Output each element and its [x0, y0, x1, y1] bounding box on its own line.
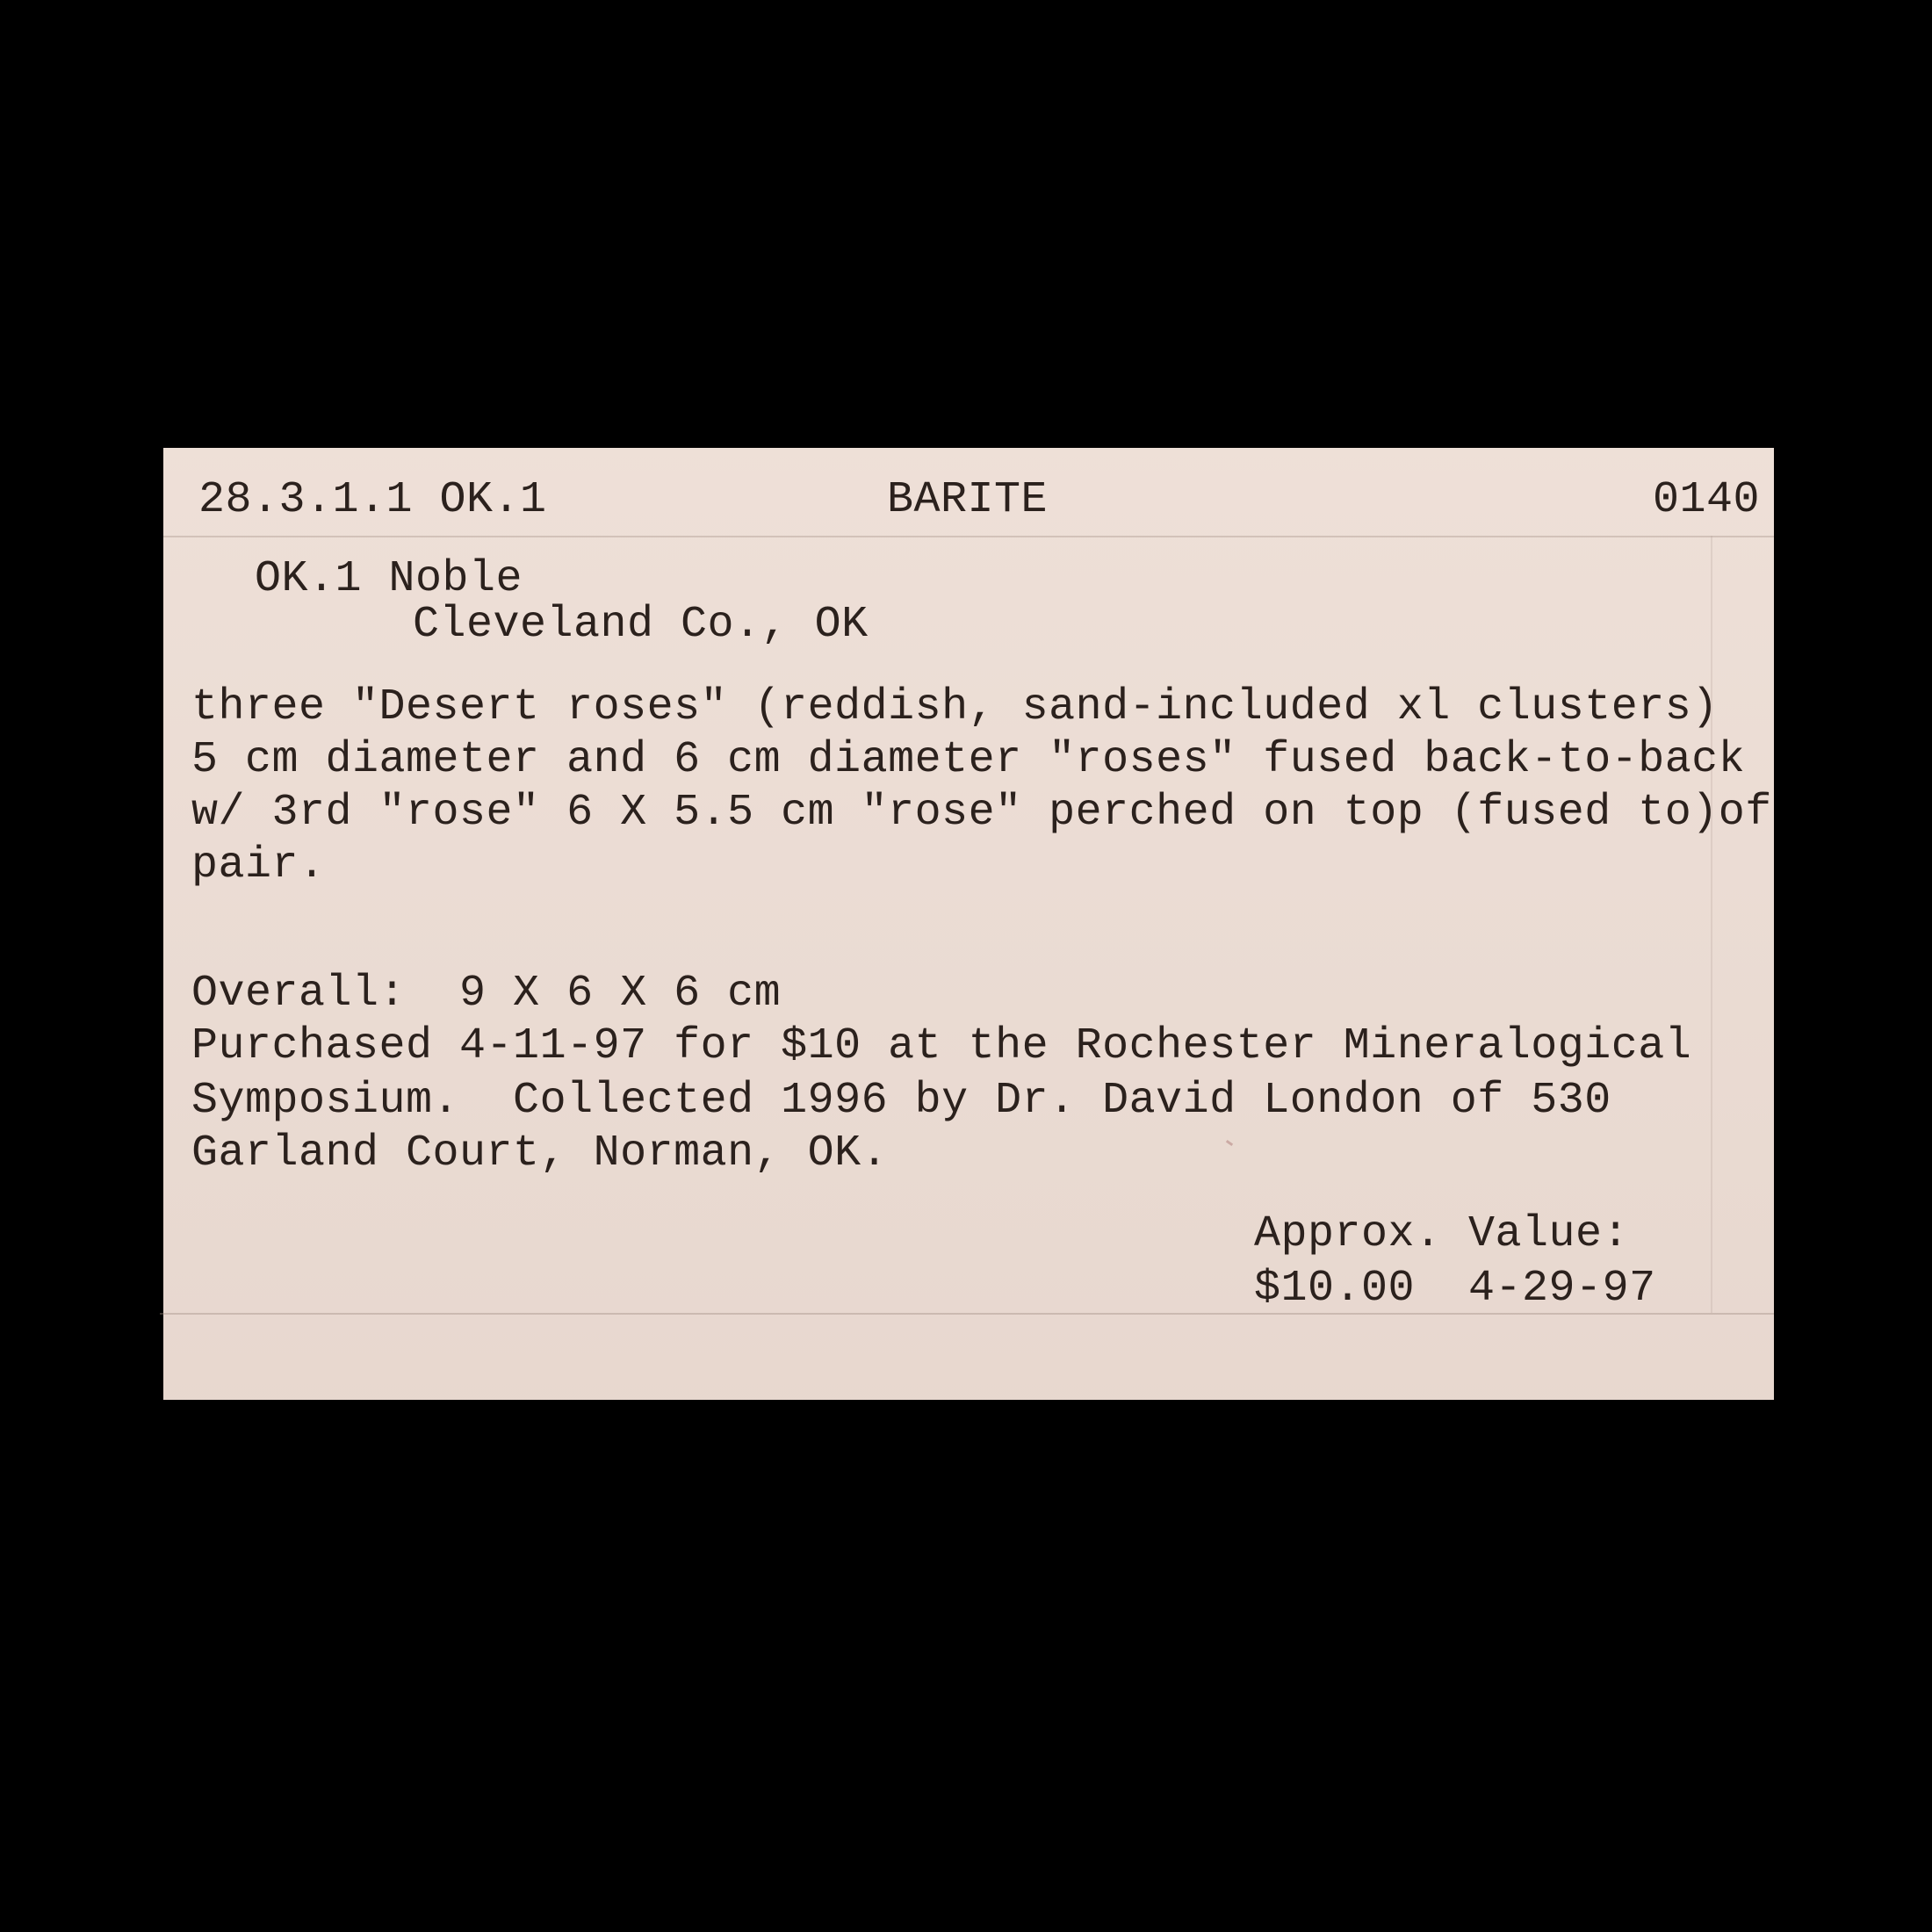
description-line: three "Desert roses" (reddish, sand-incl… — [191, 681, 1719, 734]
tape-edge — [1711, 536, 1712, 1313]
description-line: w/ 3rd "rose" 6 X 5.5 cm "rose" perched … — [191, 787, 1772, 840]
specimen-id: 0140 — [1653, 474, 1760, 527]
description-line: 5 cm diameter and 6 cm diameter "roses" … — [191, 734, 1745, 787]
approx-value-amount-date: $10.00 4-29-97 — [1254, 1263, 1656, 1316]
catalog-number: 28.3.1.1 OK.1 — [198, 474, 547, 527]
provenance-line: Purchased 4-11-97 for $10 at the Rochest… — [191, 1020, 1691, 1073]
approx-value-label: Approx. Value: — [1254, 1208, 1629, 1261]
provenance-line: Garland Court, Norman, OK. — [191, 1128, 888, 1180]
mineral-name: BARITE — [887, 474, 1048, 527]
fold-line-top — [163, 536, 1774, 537]
locality-line-2: Cleveland Co., OK — [413, 599, 869, 652]
description-line: pair. — [191, 840, 326, 892]
overall-dimensions: Overall: 9 X 6 X 6 cm — [191, 968, 781, 1020]
provenance-line: Symposium. Collected 1996 by Dr. David L… — [191, 1075, 1611, 1128]
locality-line-1: OK.1 Noble — [255, 553, 523, 606]
specimen-label-card: 28.3.1.1 OK.1 BARITE 0140 OK.1 Noble Cle… — [163, 448, 1774, 1400]
ink-smudge — [1226, 1140, 1233, 1146]
